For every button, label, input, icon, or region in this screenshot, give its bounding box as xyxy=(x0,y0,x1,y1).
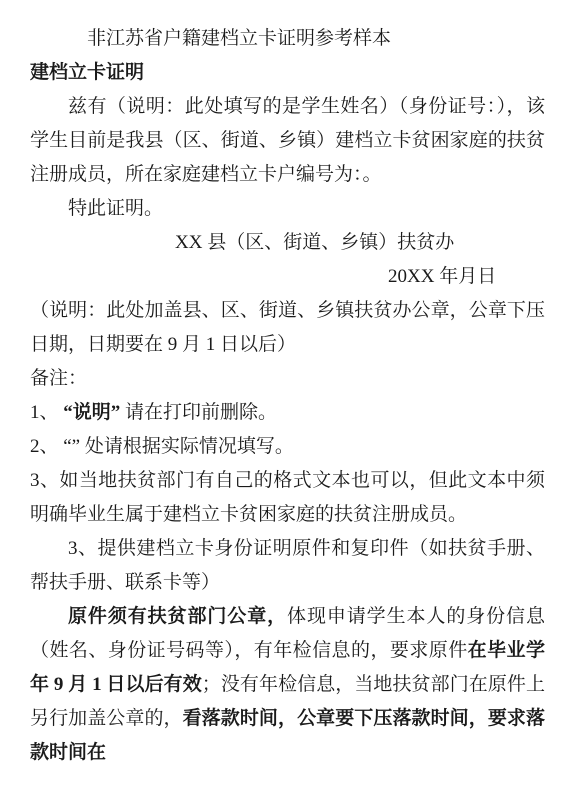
section3-heading: 3、提供建档立卡身份证明原件和复印件（如扶贫手册、帮扶手册、联系卡等） xyxy=(30,532,545,600)
stamp-instruction: （说明：此处加盖县、区、街道、乡镇扶贫办公章，公章下压日期，日期要在 9 月 1… xyxy=(30,294,545,362)
bold-text-segment: “说明” xyxy=(63,402,120,423)
text-segment: 请在打印前删除。 xyxy=(120,402,277,423)
remark-item-1: 1、 “说明” 请在打印前删除。 xyxy=(30,396,545,430)
bold-text-segment: 原件须有扶贫部门公章， xyxy=(68,606,287,627)
remark-item-3: 3、如当地扶贫部门有自己的格式文本也可以，但此文本中须明确毕业生属于建档立卡贫困… xyxy=(30,464,545,532)
document-title: 建档立卡证明 xyxy=(30,56,545,90)
text-segment: 2、 “” 处请根据实际情况填写。 xyxy=(30,436,294,457)
section3-detail: 原件须有扶贫部门公章，体现申请学生本人的身份信息（姓名、身份证号码等），有年检信… xyxy=(30,600,545,770)
text-segment: 3、如当地扶贫部门有自己的格式文本也可以，但此文本中须明确毕业生属于建档立卡贫困… xyxy=(30,470,545,525)
signature-date: 20XX 年月日 xyxy=(30,260,545,294)
sample-label: 非江苏省户籍建档立卡证明参考样本 xyxy=(30,22,545,56)
text-segment: 1、 xyxy=(30,402,63,423)
signature-org: XX 县（区、街道、乡镇）扶贫办 xyxy=(30,226,545,260)
remarks-heading: 备注： xyxy=(30,362,545,396)
intro-paragraph: 兹有（说明：此处填写的是学生姓名）（身份证号：），该学生目前是我县（区、街道、乡… xyxy=(30,90,545,192)
document-page: 非江苏省户籍建档立卡证明参考样本 建档立卡证明 兹有（说明：此处填写的是学生姓名… xyxy=(0,0,575,799)
remark-item-2: 2、 “” 处请根据实际情况填写。 xyxy=(30,430,545,464)
closing-statement: 特此证明。 xyxy=(30,192,545,226)
